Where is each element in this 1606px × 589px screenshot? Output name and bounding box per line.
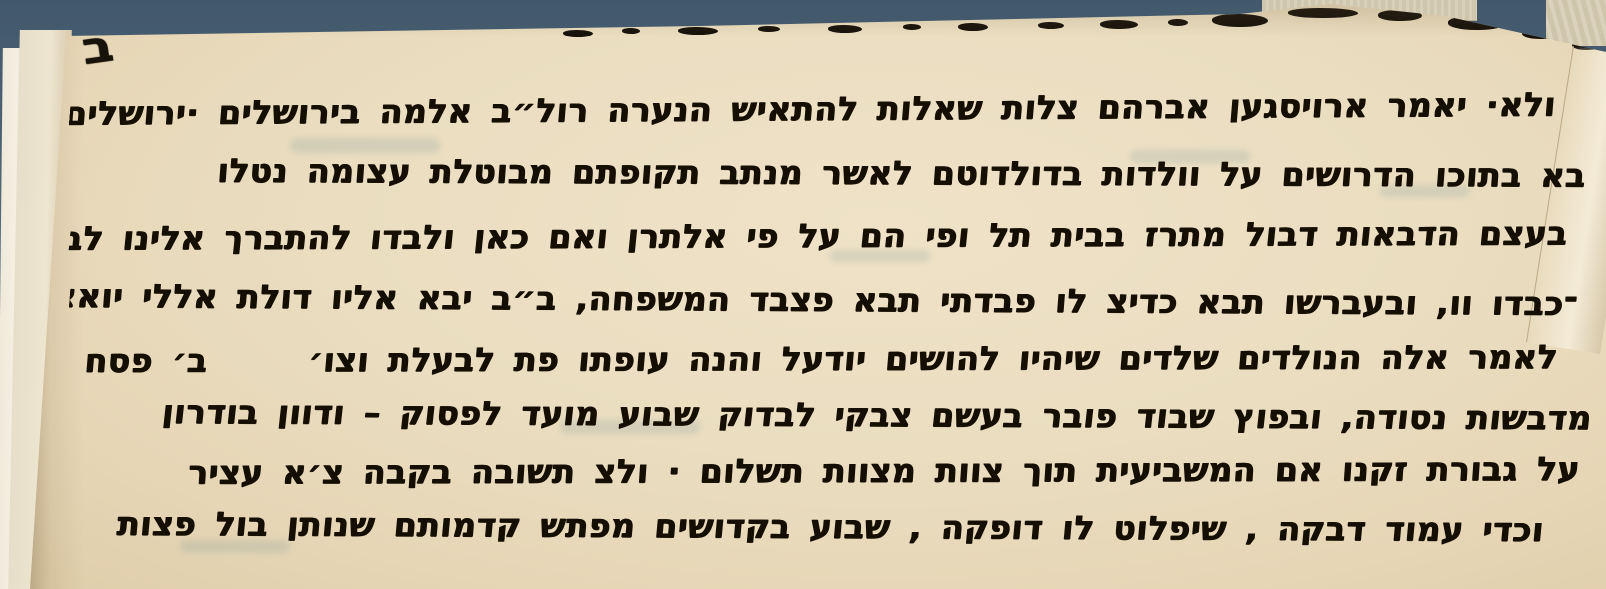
- handwriting-line: לאמר אלה הנולדים שלדים שיהיו להושים יודע…: [69, 340, 1596, 377]
- ink-mark: [903, 24, 921, 30]
- ink-mark: [1038, 22, 1064, 29]
- handwriting-line: על גבורת זקנו אם המשביעית תוך צוות מצוות…: [69, 452, 1595, 489]
- scanned-manuscript: ב ולא· יאמר ארויסגען אברהם צלות שאלות לה…: [0, 0, 1606, 589]
- handwriting-line: וכדי עמוד דבקה , שיפלוט לו דופקה , שבוע …: [68, 507, 1595, 547]
- ink-mark: [758, 26, 780, 32]
- ink-mark: [563, 30, 593, 37]
- handwriting-line: בא בתוכו הדרושים על וולדות בדולדוטם לאשר…: [69, 153, 1595, 191]
- ink-mark: [678, 27, 718, 35]
- book-cover-corner: [1546, 0, 1606, 46]
- handwriting-line: בעצם הדבאות דבול מתרז בבית תל ופי הם על …: [68, 216, 1595, 254]
- manuscript-page: ב ולא· יאמר ארויסגען אברהם צלות שאלות לה…: [0, 0, 1606, 589]
- ink-mark: [1100, 20, 1138, 29]
- manuscript-text: ולא· יאמר ארויסגען אברהם צלות שאלות להתא…: [70, 0, 1594, 589]
- handwriting-line: ־כבדו וו, ובעברשו תבא כדיצ לו פבדתי תבא …: [69, 279, 1595, 320]
- ink-mark: [622, 28, 640, 34]
- ink-mark: [1168, 19, 1188, 26]
- handwriting-line: מדבשות נסודה, ובפוץ שבוד פובר בעשם צבקי …: [68, 395, 1596, 435]
- ink-mark: [958, 23, 988, 31]
- handwriting-line: ולא· יאמר ארויסגען אברהם צלות שאלות להתא…: [69, 87, 1596, 129]
- ink-mark: [1288, 8, 1358, 18]
- ink-mark: [1212, 14, 1268, 27]
- ink-mark: [828, 25, 862, 33]
